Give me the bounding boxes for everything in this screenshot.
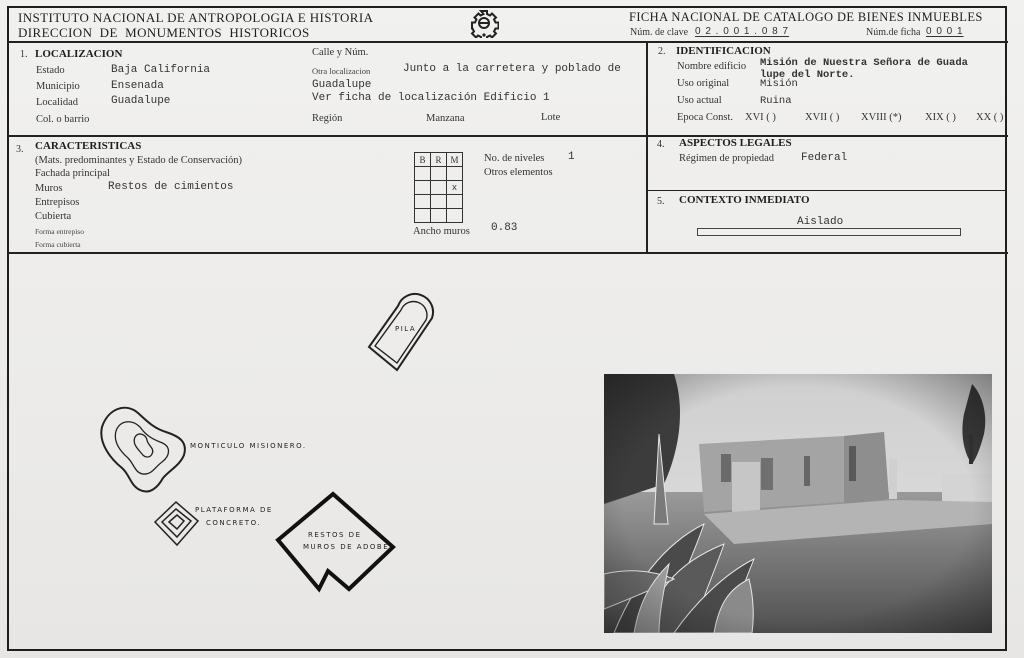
grid-cell bbox=[431, 167, 447, 181]
localidad-value: Guadalupe bbox=[111, 95, 170, 107]
section-4-title: ASPECTOS LEGALES bbox=[679, 137, 792, 149]
otra-localizacion-value-1: Junto a la carretera y poblado de bbox=[403, 63, 621, 75]
localidad-label: Localidad bbox=[36, 97, 78, 108]
grid-cell-muros-m: x bbox=[447, 181, 463, 195]
nombre-edificio-value-1: Misión de Nuestra Señora de Guada bbox=[760, 57, 968, 69]
ficha-label: Núm.de ficha bbox=[866, 27, 920, 38]
uso-actual-label: Uso actual bbox=[677, 95, 722, 106]
niveles-label: No. de niveles bbox=[484, 153, 544, 164]
epoca-label: Epoca Const. bbox=[677, 112, 733, 123]
nombre-edificio-label: Nombre edificio bbox=[677, 61, 746, 72]
site-plan-drawing bbox=[0, 254, 600, 654]
grid-cell bbox=[431, 209, 447, 223]
lote-label: Lote bbox=[541, 112, 560, 123]
divider-right-column bbox=[646, 42, 648, 253]
municipio-value: Ensenada bbox=[111, 80, 164, 92]
contexto-scale-bar bbox=[697, 228, 961, 236]
contexto-value: Aislado bbox=[797, 216, 843, 228]
grid-cell bbox=[415, 181, 431, 195]
epoca-xx: XX ( ) bbox=[976, 112, 1003, 123]
plataforma-label-2: CONCRETO. bbox=[206, 519, 261, 527]
epoca-xviii: XVIII (*) bbox=[861, 112, 902, 123]
forma-entrepiso-label: Forma entrepiso bbox=[35, 227, 84, 236]
muros-label: Muros bbox=[35, 183, 62, 194]
section-5-title: CONTEXTO INMEDIATO bbox=[679, 194, 810, 206]
section-3-title: CARACTERISTICAS bbox=[35, 140, 141, 152]
plataforma-shape bbox=[155, 502, 198, 545]
fachada-label: Fachada principal bbox=[35, 168, 110, 179]
estado-value: Baja California bbox=[111, 64, 210, 76]
niveles-value: 1 bbox=[568, 151, 575, 163]
grid-header-m: M bbox=[447, 153, 463, 167]
epoca-xvi: XVI ( ) bbox=[745, 112, 776, 123]
grid-cell bbox=[415, 167, 431, 181]
ficha-value: 0 0 0 1 bbox=[926, 26, 964, 37]
section-2-number: 2. bbox=[658, 46, 666, 57]
epoca-xix-checkbox: ( ) bbox=[946, 112, 956, 123]
restos-label-2: MUROS DE ADOBE bbox=[303, 543, 389, 551]
pila-label: PILA bbox=[395, 325, 416, 333]
epoca-xvi-label: XVI bbox=[745, 112, 764, 123]
grid-header-r: R bbox=[431, 153, 447, 167]
calle-label: Calle y Núm. bbox=[312, 47, 368, 58]
uso-original-value: Misión bbox=[760, 78, 798, 90]
epoca-xx-checkbox: ( ) bbox=[994, 112, 1004, 123]
epoca-xviii-checkbox: (*) bbox=[889, 112, 901, 123]
forma-cubierta-label: Forma cubierta bbox=[35, 240, 81, 249]
grid-cell bbox=[431, 195, 447, 209]
section-5-number: 5. bbox=[657, 196, 665, 207]
epoca-xvii-label: XVII bbox=[805, 112, 827, 123]
otros-elementos-label: Otros elementos bbox=[484, 167, 553, 178]
otra-localizacion-value-2: Guadalupe bbox=[312, 79, 371, 91]
section-1-title: LOCALIZACION bbox=[35, 48, 122, 60]
epoca-xvii: XVII ( ) bbox=[805, 112, 839, 123]
section-2-title: IDENTIFICACION bbox=[676, 45, 771, 57]
cubierta-label: Cubierta bbox=[35, 211, 71, 222]
institution-subtitle: DIRECCION DE MONUMENTOS HISTORICOS bbox=[18, 25, 310, 41]
muros-value: Restos de cimientos bbox=[108, 181, 233, 193]
form-title: FICHA NACIONAL DE CATALOGO DE BIENES INM… bbox=[629, 10, 983, 25]
epoca-xx-label: XX bbox=[976, 112, 991, 123]
entrepisos-label: Entrepisos bbox=[35, 197, 79, 208]
grid-cell bbox=[447, 167, 463, 181]
uso-actual-value: Ruina bbox=[760, 95, 792, 107]
epoca-xix-label: XIX bbox=[925, 112, 944, 123]
grid-header-b: B bbox=[415, 153, 431, 167]
epoca-xvii-checkbox: ( ) bbox=[830, 112, 840, 123]
clave-label: Núm. de clave bbox=[630, 27, 688, 38]
mission-ruins-photo bbox=[604, 374, 992, 633]
regimen-label: Régimen de propiedad bbox=[679, 153, 774, 164]
grid-cell bbox=[447, 195, 463, 209]
restos-muros-shape bbox=[278, 494, 393, 589]
estado-label: Estado bbox=[36, 65, 65, 76]
epoca-xvi-checkbox: ( ) bbox=[766, 112, 776, 123]
regimen-value: Federal bbox=[801, 152, 847, 164]
municipio-label: Municipio bbox=[36, 81, 80, 92]
epoca-xviii-label: XVIII bbox=[861, 112, 887, 123]
region-label: Región bbox=[312, 113, 342, 124]
section-3-number: 3. bbox=[16, 144, 24, 155]
grid-cell bbox=[431, 181, 447, 195]
inah-gear-logo-icon bbox=[469, 8, 499, 38]
ancho-muros-value: 0.83 bbox=[491, 222, 517, 234]
monticulo-label: MONTICULO MISIONERO. bbox=[190, 442, 307, 450]
ancho-muros-label: Ancho muros bbox=[413, 226, 470, 237]
divider-section-4-5 bbox=[647, 190, 1007, 191]
grid-cell bbox=[415, 195, 431, 209]
divider-header bbox=[8, 41, 1008, 43]
epoca-xix: XIX ( ) bbox=[925, 112, 956, 123]
grid-cell bbox=[415, 209, 431, 223]
clave-number: 0 2 . 0 0 1 . 0 8 7 bbox=[695, 26, 789, 37]
institution-title: INSTITUTO NACIONAL DE ANTROPOLOGIA E HIS… bbox=[18, 10, 373, 26]
catalog-form-page: INSTITUTO NACIONAL DE ANTROPOLOGIA E HIS… bbox=[0, 0, 1024, 658]
caracteristicas-subtitle: (Mats. predominantes y Estado de Conserv… bbox=[35, 155, 242, 166]
divider-section-1-3 bbox=[8, 135, 1008, 137]
clave-value: 0 2 . 0 0 1 . 0 8 7 bbox=[695, 26, 789, 37]
section-4-number: 4. bbox=[657, 139, 665, 150]
plataforma-label-1: PLATAFORMA DE bbox=[195, 506, 273, 514]
restos-label-1: RESTOS DE bbox=[308, 531, 362, 539]
grid-cell bbox=[447, 209, 463, 223]
monticulo-shape bbox=[101, 408, 185, 492]
section-1-number: 1. bbox=[20, 49, 28, 60]
otra-localizacion-value-3: Ver ficha de localización Edificio 1 bbox=[312, 92, 550, 104]
colonia-label: Col. o barrio bbox=[36, 114, 89, 125]
manzana-label: Manzana bbox=[426, 113, 464, 124]
ficha-number: 0 0 0 1 bbox=[926, 26, 964, 37]
conservation-state-grid: B R M x bbox=[414, 152, 463, 223]
otra-localizacion-label: Otra localizacion bbox=[312, 66, 370, 76]
uso-original-label: Uso original bbox=[677, 78, 729, 89]
